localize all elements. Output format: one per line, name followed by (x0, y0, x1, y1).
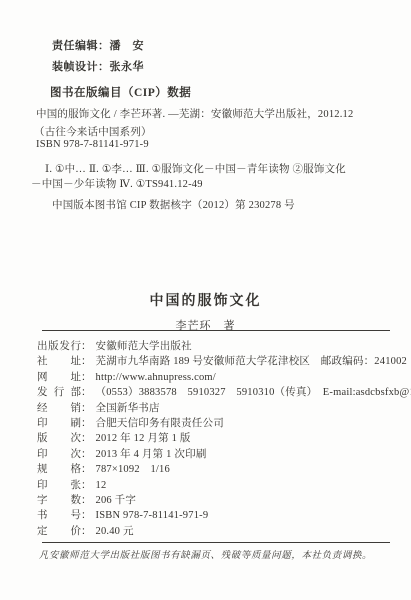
colophon-label: 版次 (37, 431, 81, 446)
colon: ： (81, 508, 92, 523)
colophon-label: 网址 (37, 370, 81, 385)
book-title: 中国的服饰文化 (0, 290, 411, 310)
colophon-row: 字数：206 千字 (37, 493, 411, 508)
colophon-label: 印刷 (37, 416, 81, 431)
book-copyright-page: 责任编辑：潘 安 装帧设计：张永华 图书在版编目（CIP）数据 中国的服饰文化 … (0, 0, 411, 600)
colophon-label: 印次 (37, 447, 81, 462)
colon: ： (81, 416, 92, 431)
colophon-block: 出版发行：安徽师范大学出版社 社址：芜湖市九华南路 189 号安徽师范大学花津校… (37, 339, 411, 539)
editor-label: 装帧设计 (52, 61, 98, 73)
editors-block: 责任编辑：潘 安 装帧设计：张永华 (52, 36, 144, 78)
colon: ： (81, 339, 92, 354)
colophon-value: （0553）3883578 5910327 5910310（传真） E-mail… (92, 385, 411, 400)
cip-title-line: 中国的服饰文化 / 李芒环著. —芜湖：安徽师范大学出版社，2012.12 (36, 106, 353, 121)
colophon-label: 社址 (37, 354, 81, 369)
colophon-value: http://www.ahnupress.com/ (92, 370, 216, 385)
quality-notice: 凡安徽师范大学出版社版图书有缺漏页、残破等质量问题，本社负责调换。 (0, 547, 411, 561)
cip-classification-line-2: －中国－少年读物 Ⅳ. ①TS941.12-49 (31, 176, 203, 191)
editor-value: 潘 安 (110, 40, 145, 52)
editor-row: 装帧设计：张永华 (52, 57, 144, 78)
colophon-value: 787×1092 1/16 (92, 462, 170, 477)
colophon-label: 经销 (37, 401, 81, 416)
colon: ： (81, 385, 92, 400)
colon: ： (81, 354, 92, 369)
colophon-value: ISBN 978-7-81141-971-9 (92, 508, 209, 523)
colon: ： (81, 431, 92, 446)
cip-isbn-line: ISBN 978-7-81141-971-9 (36, 139, 149, 150)
colophon-value: 芜湖市九华南路 189 号安徽师范大学花津校区 邮政编码：241002 (92, 354, 408, 369)
colophon-row: 印张：12 (37, 478, 411, 493)
colophon-row: 印次：2013 年 4 月第 1 次印刷 (37, 447, 411, 462)
colon: ： (98, 61, 110, 73)
colon: ： (81, 370, 92, 385)
editor-label: 责任编辑 (52, 40, 98, 52)
colophon-value: 2013 年 4 月第 1 次印刷 (92, 447, 207, 462)
cip-classification-line-1: Ⅰ. ①中… Ⅱ. ①李… Ⅲ. ①服饰文化－中国－青年读物 ②服饰文化 (45, 161, 346, 176)
colophon-label: 印张 (37, 478, 81, 493)
colophon-row: 定价：20.40 元 (37, 524, 411, 539)
colon: ： (81, 401, 92, 416)
colophon-value: 206 千字 (92, 493, 137, 508)
divider-bottom (42, 542, 390, 543)
cip-heading: 图书在版编目（CIP）数据 (50, 84, 191, 100)
colon: ： (81, 478, 92, 493)
colophon-label: 书号 (37, 508, 81, 523)
colophon-row: 发行部：（0553）3883578 5910327 5910310（传真） E-… (37, 385, 411, 400)
colophon-row: 印刷：合肥天信印务有限责任公司 (37, 416, 411, 431)
title-block: 中国的服饰文化 李芒环 著 (0, 290, 411, 333)
colon: ： (81, 447, 92, 462)
colophon-row: 版次：2012 年 12 月第 1 版 (37, 431, 411, 446)
divider-top (42, 330, 390, 331)
colophon-row: 社址：芜湖市九华南路 189 号安徽师范大学花津校区 邮政编码：241002 (37, 354, 411, 369)
colophon-value: 2012 年 12 月第 1 版 (92, 431, 191, 446)
editor-row: 责任编辑：潘 安 (52, 36, 144, 57)
colon: ： (81, 462, 92, 477)
colon: ： (81, 493, 92, 508)
editor-value: 张永华 (110, 61, 145, 73)
colophon-value: 20.40 元 (92, 524, 134, 539)
cip-registry-line: 中国版本图书馆 CIP 数据核字（2012）第 230278 号 (52, 197, 295, 212)
colophon-value: 全国新华书店 (92, 401, 160, 416)
colophon-row: 规格：787×1092 1/16 (37, 462, 411, 477)
cip-series-line: （古往今来话中国系列） (34, 124, 152, 139)
colophon-row: 出版发行：安徽师范大学出版社 (37, 339, 411, 354)
colophon-label: 定价 (37, 524, 81, 539)
colophon-label: 字数 (37, 493, 81, 508)
colophon-row: 经销：全国新华书店 (37, 401, 411, 416)
colophon-value: 12 (92, 478, 107, 493)
colophon-label: 出版发行 (37, 339, 81, 354)
colophon-value: 合肥天信印务有限责任公司 (92, 416, 224, 431)
colophon-label: 发行部 (37, 385, 81, 400)
colophon-row: 网址：http://www.ahnupress.com/ (37, 370, 411, 385)
colophon-value: 安徽师范大学出版社 (92, 339, 192, 354)
colon: ： (98, 40, 110, 52)
colophon-row: 书号：ISBN 978-7-81141-971-9 (37, 508, 411, 523)
colon: ： (81, 524, 92, 539)
colophon-label: 规格 (37, 462, 81, 477)
